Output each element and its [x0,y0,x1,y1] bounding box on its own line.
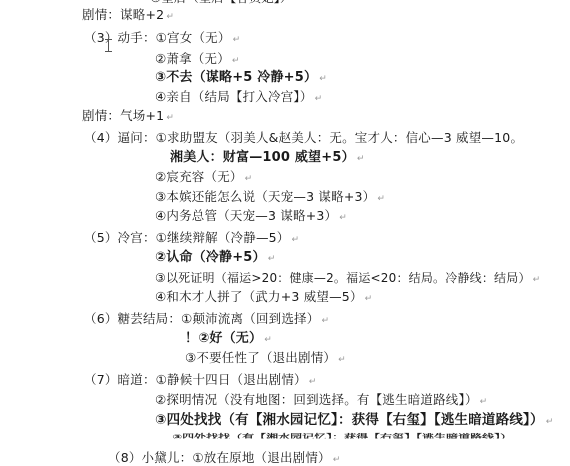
section-4-option-3[interactable]: ③本嫔还能怎么说（天宠—3 谋略+3）↵ [155,189,385,207]
section-3-option-2[interactable]: ②萧拿（无）↵ [155,51,240,69]
paragraph-mark-icon: ↵ [264,335,272,345]
paragraph-mark-icon: ↵ [365,294,373,304]
paragraph-mark-icon: ↵ [268,254,276,264]
document-page: ④堂后（堂后【谷贵妃】） 剧情：谋略+2↵ （3）动手：①宫女（无）↵ ②萧拿（… [0,0,570,466]
paragraph-mark-icon: ↵ [546,417,554,427]
section-5-option-4[interactable]: ④和木才人拼了（武力+3 威望—5）↵ [155,289,372,307]
section-4-option-4[interactable]: ④内务总管（天宠—3 谋略+3）↵ [155,208,347,226]
paragraph-mark-icon: ↵ [377,194,385,204]
paragraph-mark-icon: ↵ [166,12,174,22]
rendering-artifact-line: ③四处找找（有【湘水园记忆】：获得【右玺】【逃生暗道路线】） [172,432,512,441]
paragraph-mark-icon: ↵ [533,275,541,285]
plot-line-aura[interactable]: 剧情：气场+1↵ [82,108,174,126]
section-4-heading[interactable]: （4）逼问：①求助盟友（羽美人&赵美人：无。宝才人：信心—3 威望—10。 [84,130,523,146]
section-5-option-3[interactable]: ③以死证明（福运>20：健康—2。福运<20：结局。冷静线：结局）↵ [155,270,540,288]
paragraph-mark-icon: ↵ [233,35,241,45]
plot-line-strategy[interactable]: 剧情：谋略+2↵ [82,7,174,25]
section-4-option-2[interactable]: ②宸充容（无）↵ [155,169,252,187]
paragraph-mark-icon: ↵ [357,154,365,164]
paragraph-mark-icon: ↵ [333,455,341,465]
paragraph-mark-icon: ↵ [292,235,300,245]
section-7-option-2[interactable]: ②探明情况（没有地图：回到选择。有【逃生暗道路线】）↵ [155,392,487,410]
section-6-option-3[interactable]: ③不要任性了（退出剧情）↵ [185,350,346,368]
paragraph-mark-icon: ↵ [480,397,488,407]
section-7-heading[interactable]: （7）暗道：①静候十四日（退出剧情）↵ [84,372,317,390]
paragraph-mark-icon: ↵ [319,74,327,84]
section-3-option-4[interactable]: ④亲自（结局【打入冷宫】）↵ [155,89,322,107]
paragraph-mark-icon: ↵ [321,316,329,326]
cut-off-line: ④堂后（堂后【谷贵妃】） [150,0,292,6]
section-4-option-1-continued[interactable]: 湘美人：财富—100 威望+5）↵ [170,150,365,167]
section-6-heading[interactable]: （6）糖芸结局：①颠沛流离（回到选择）↵ [84,311,329,329]
section-7-option-3[interactable]: ③四处找找（有【湘水园记忆】：获得【右玺】【逃生暗道路线】）↵ [155,412,553,430]
paragraph-mark-icon: ↵ [245,174,253,184]
section-6-option-2[interactable]: ！②好（无）↵ [185,331,272,348]
paragraph-mark-icon: ↵ [339,213,347,223]
text-cursor-icon [105,38,113,53]
paragraph-mark-icon: ↵ [166,113,174,123]
section-3-option-3[interactable]: ③不去（谋略+5 冷静+5）↵ [155,70,327,87]
paragraph-mark-icon: ↵ [338,355,346,365]
paragraph-mark-icon: ↵ [315,94,323,104]
section-8-heading[interactable]: （8）小黛儿：①放在原地（退出剧情）↵ [108,450,341,466]
section-5-heading[interactable]: （5）冷宫：①继续辩解（冷静—5）↵ [84,230,299,248]
paragraph-mark-icon: ↵ [232,56,240,66]
section-5-option-2[interactable]: ②认命（冷静+5）↵ [155,250,276,267]
paragraph-mark-icon: ↵ [309,377,317,387]
